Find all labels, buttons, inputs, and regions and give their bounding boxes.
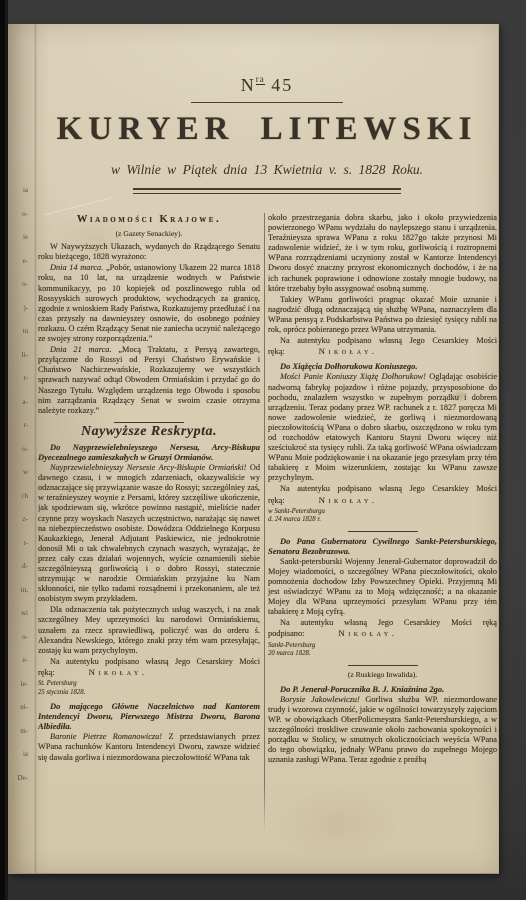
paragraph: W Naywyższych Ukazach, wydanych do Rządz… — [38, 242, 260, 262]
gutter-fragment: o- — [9, 210, 31, 234]
paragraph-lead: Nayprzewielebnieyszy Nersesie Arcy-Bisku… — [50, 463, 246, 472]
signature-name: Nikołay. — [319, 495, 378, 505]
paragraph: Nayprzewielebnieyszy Nersesie Arcy-Bisku… — [38, 463, 260, 604]
issue-number: Nra 45 — [38, 74, 496, 96]
gutter-fragment: )- — [9, 304, 31, 328]
gutter-crease — [34, 24, 37, 873]
paragraph-text: Od dawnego czasu, i w mnogich zdarzeniac… — [38, 463, 260, 603]
date-note: w Sankt-Petersburgu d. 24 marca 1828 r. — [268, 508, 497, 525]
signature-line: Na autentyku podpisano własną Jego Cesar… — [268, 336, 497, 357]
divider-rule — [348, 665, 418, 666]
gutter-fragment: o- — [9, 633, 31, 657]
gutter-fragment: r- — [9, 539, 31, 563]
gutter-fragment: d- — [9, 562, 31, 586]
left-column: Wiadomości Krajowe.(z Gazety Senackiey).… — [38, 213, 260, 861]
signature-name: Nikołay. — [89, 667, 148, 677]
signature-text: Na autentyku podpisano własną Jego Cesar… — [38, 657, 260, 677]
gutter-fragment: le- — [9, 680, 31, 704]
backdrop: iao-iee-o-)-tuli-r-a-r-o-wchz-r-d-in,wio… — [0, 0, 526, 900]
gutter-fragment: e- — [9, 257, 31, 281]
gutter-fragment: li- — [9, 351, 31, 375]
gutter-fragment: ia — [9, 750, 31, 774]
paragraph-lead: Baronie Pietrze Romanowiczu! — [50, 732, 162, 741]
article-columns: Wiadomości Krajowe.(z Gazety Senackiey).… — [38, 213, 497, 861]
issue-dateline: w Wilnie w Piątek dnia 13 Kwietnia v. s.… — [38, 162, 496, 178]
signature-line: Na autentyku własną Jego Cesarskiey Mośc… — [268, 618, 497, 639]
gutter-fragment: w — [9, 468, 31, 492]
paragraph-text: Oglądając osobiście nadworną fabrykę poj… — [268, 372, 497, 482]
signature-line: Na autentyku podpisano własną Jego Cesar… — [38, 657, 260, 678]
paragraph-lead: Mości Panie Koniuszy Xiążę Dołhorukow! — [280, 372, 426, 381]
newspaper-page: iao-iee-o-)-tuli-r-a-r-o-wchz-r-d-in,wio… — [8, 24, 499, 874]
address-heading: Do P. Jenerał-Porucznika B. J. Kniaźnina… — [268, 684, 497, 694]
paragraph-text: „Mocą Traktatu, z Persyą zawartego, przy… — [38, 345, 260, 415]
address-heading: Do mającego Główne Naczelnictwo nad Kant… — [38, 701, 260, 731]
masthead-double-rule — [133, 188, 401, 194]
paragraph: Borysie Jakowlewiczu! Gorliwa służba WP.… — [268, 695, 497, 766]
paragraph: Mości Panie Koniuszy Xiążę Dołhorukow! O… — [268, 372, 497, 483]
paragraph: Dla odznaczenia tak pożytecznych usług w… — [38, 605, 260, 655]
binding-strip — [0, 0, 8, 900]
gutter-fragment: a- — [9, 398, 31, 422]
newspaper-title: KURYER LITEWSKI — [38, 111, 496, 148]
paragraph: Takiey WPanu gorliwości pragnąc okazać M… — [268, 295, 497, 335]
signature-text: Na autentyku podpisano własną Jego Cesar… — [268, 336, 497, 356]
paragraph: Sankt-petersburski Wojenny Jenerał-Guber… — [268, 557, 497, 618]
address-heading: Do Xiążęcia Dołhorukowa Koniuszego. — [268, 361, 497, 371]
source-line: (z Ruskiego Inwalida). — [268, 670, 497, 680]
signature-name: Nikołay. — [338, 628, 397, 638]
gutter-fragment: in, — [9, 586, 31, 610]
gutter-fragment: ch — [9, 492, 31, 516]
divider-rule — [114, 422, 184, 423]
paragraph-lead: Borysie Jakowlewiczu! — [280, 695, 360, 704]
gutter-fragment: e- — [9, 656, 31, 680]
gutter-fragment: z- — [9, 515, 31, 539]
gutter-fragment: De- — [9, 774, 31, 798]
gutter-fragment: o- — [9, 280, 31, 304]
paragraph-lead: Dnia 21 marca. — [50, 345, 112, 354]
issue-prefix: N — [241, 75, 256, 95]
address-heading: Do Pana Gubernatora Cywilnego Sankt-Pete… — [268, 536, 497, 556]
paragraph-text: Gorliwa służba WP. niezmordowane trudy i… — [268, 695, 497, 765]
masthead-rule — [191, 102, 343, 103]
date-note: Sankt-Petersburg 20 marca 1828. — [268, 642, 497, 659]
right-column: około przestrzegania dobra skarbu, jako … — [268, 213, 497, 861]
date-note: St. Petersburg 25 stycznia 1828. — [38, 680, 260, 697]
paragraph: Dnia 14 marca. „Pobór, ustanowiony Ukaze… — [38, 263, 260, 344]
paragraph-continuation: około przestrzegania dobra skarbu, jako … — [268, 213, 497, 294]
source-line: (z Gazety Senackiey). — [38, 229, 260, 239]
issue-superscript: ra — [256, 74, 265, 85]
paragraph: Baronie Pietrze Romanowiczu! Z przedstaw… — [38, 732, 260, 762]
gutter-fragments: iao-iee-o-)-tuli-r-a-r-o-wchz-r-d-in,wio… — [9, 186, 31, 797]
gutter-fragment: o- — [9, 445, 31, 469]
column-divider — [264, 213, 265, 833]
paragraph-text: „Pobór, ustanowiony Ukazem 22 marca 1818… — [38, 263, 260, 343]
gutter-fragment: ia — [9, 186, 31, 210]
section-title: Wiadomości Krajowe. — [38, 215, 260, 225]
divider-rule — [348, 531, 418, 532]
gutter-fragment: ie — [9, 233, 31, 257]
paragraph: Dnia 21 marca. „Mocą Traktatu, z Persyą … — [38, 345, 260, 416]
gutter-fragment: ni- — [9, 703, 31, 727]
signature-name: Nikołay. — [319, 346, 378, 356]
gutter-fragment: r- — [9, 374, 31, 398]
gutter-fragment: tu — [9, 327, 31, 351]
signature-line: Na autentyku podpisano własną Jego Cesar… — [268, 484, 497, 505]
paragraph-lead: Dnia 14 marca. — [50, 263, 103, 272]
gutter-fragment: r- — [9, 421, 31, 445]
signature-text: Na autentyku podpisano własną Jego Cesar… — [268, 484, 497, 504]
masthead: Nra 45 KURYER LITEWSKI w Wilnie w Piątek… — [38, 24, 496, 194]
gutter-fragment: m- — [9, 727, 31, 751]
section-heading: Naywyższe Reskrypta. — [38, 427, 260, 437]
gutter-fragment: wi — [9, 609, 31, 633]
issue-value: 45 — [271, 75, 293, 95]
address-heading: Do Nayprzewielebnieyszego Nersesa, Arcy-… — [38, 442, 260, 462]
